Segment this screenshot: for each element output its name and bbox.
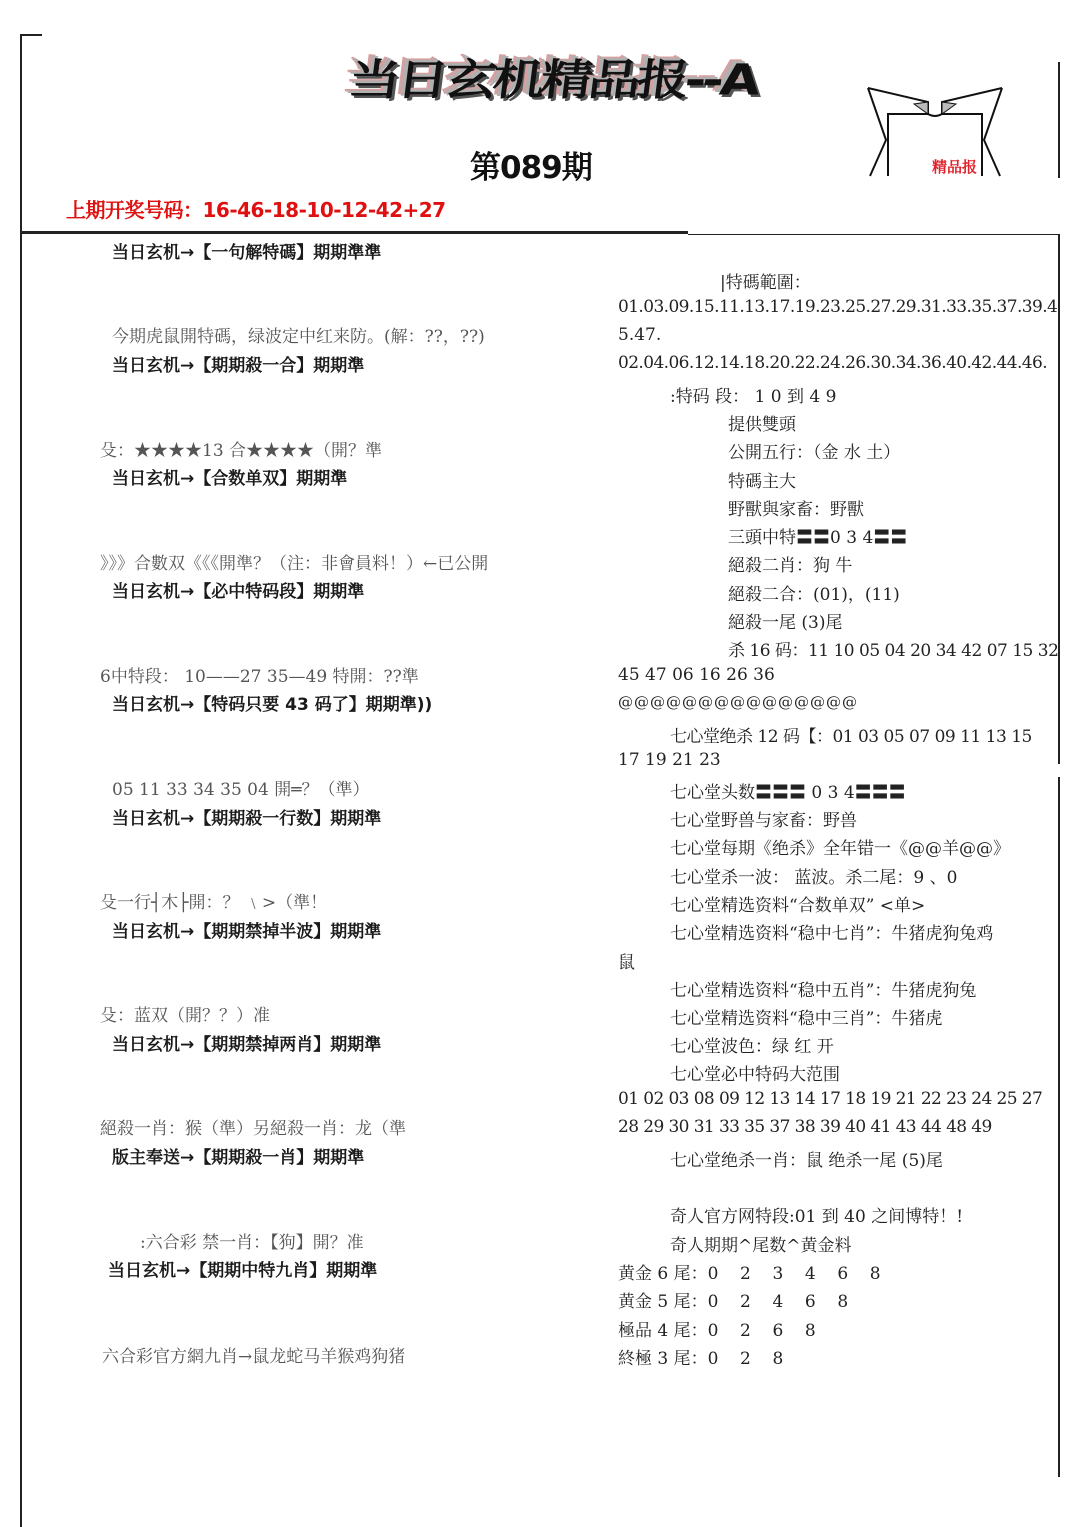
range-line: 01.03.09.15.11.13.17.19.23.25.27.29.31.3… <box>618 297 1057 317</box>
tail-values: 0 2 4 6 8 <box>708 1292 849 1312</box>
big-range-line: 28 29 30 31 33 35 37 38 39 40 41 43 44 4… <box>618 1117 992 1137</box>
section-hint: 6中特段： 10——27 35—49 特開：??準 <box>100 662 419 687</box>
section-hint: 05 11 33 34 35 04 開═？（準） <box>112 775 369 800</box>
section-hint: :六合彩 禁一肖：【狗】開？准 <box>140 1228 364 1253</box>
range-line: 5.47. <box>618 325 661 345</box>
banner-title: 当日玄机精品报--A <box>346 56 872 105</box>
info-item: 絕殺二合：(01)，(11) <box>728 580 900 605</box>
info-item: 七心堂精选资料“稳中三肖”：牛猪虎 <box>670 1004 942 1029</box>
info-item: 七心堂每期《绝杀》全年错一《@@羊@@》 <box>670 834 1010 859</box>
left-footer: 六合彩官方網九肖→鼠龙蛇马羊猴鸡狗猪 <box>102 1342 405 1367</box>
info-item: 七心堂头数〓〓〓 0 3 4〓〓〓 <box>670 778 906 803</box>
section-title: 版主奉送→【期期殺一肖】期期準 <box>112 1143 364 1168</box>
info-item: 絕殺一尾 (3)尾 <box>728 608 842 633</box>
range-title: |特碼範圍： <box>720 268 811 293</box>
right-border-lower <box>1058 777 1060 1477</box>
info-item: 七心堂波色：绿 红 开 <box>670 1032 834 1057</box>
tail-label: 黄金 5 尾： <box>618 1292 708 1312</box>
info-item: 七心堂必中特码大范围 <box>670 1060 840 1085</box>
section-hint: 殳：★★★★13 合★★★★（開？準 <box>100 436 382 461</box>
tail-values: 0 2 6 8 <box>708 1321 816 1341</box>
issue-number: 第089期 <box>470 142 592 187</box>
tail-row: 終極 3 尾：0 2 8 <box>618 1344 783 1369</box>
qiren-segment: 奇人官方网特段:01 到 40 之间博特！! <box>670 1202 963 1227</box>
section-hint: 殳一行┤木├開：？ ﹨>（準！ <box>100 888 327 913</box>
logo-label: 精品报 <box>932 156 977 177</box>
section-title: 当日玄机→【必中特码段】期期準 <box>112 577 364 602</box>
section-title: 当日玄机→【期期中特九肖】期期準 <box>108 1256 377 1281</box>
separator-at-line: @@@@@@@@@@@@@@@ <box>618 693 858 711</box>
section-hint: 》》》合數双《《《開準？（注：非會員料！）←已公開 <box>100 549 488 574</box>
header-divider-thin <box>688 234 1060 235</box>
range-line: 02.04.06.12.14.18.20.22.24.26.30.34.36.4… <box>618 353 1047 373</box>
tail-row: 極品 4 尾：0 2 6 8 <box>618 1316 816 1341</box>
info-item: 三頭中特〓〓0 3 4〓〓 <box>728 523 907 548</box>
right-border-top <box>1058 62 1060 178</box>
header-divider-thick <box>20 231 688 234</box>
section-hint: 今期虎鼠開特碼，绿波定中红来防。(解：??，??) <box>112 322 485 347</box>
tail-row: 黄金 5 尾：0 2 4 6 8 <box>618 1287 848 1312</box>
info-item: 七心堂精选资料“稳中五肖”：牛猪虎狗兔 <box>670 976 976 1001</box>
info-item: 七心堂绝杀 12 码【：01 03 05 07 09 11 13 15 <box>670 722 1032 747</box>
last-draw: 上期开奖号码：16-46-18-10-12-42+27 <box>66 194 446 223</box>
info-item: 特碼主大 <box>728 467 796 492</box>
section-title: 当日玄机→【特码只要 43 码了】期期準)) <box>112 690 432 715</box>
info-item: 七心堂杀一波： 蓝波。杀二尾：9 、0 <box>670 863 957 888</box>
section-title: 当日玄机→【期期殺一合】期期準 <box>112 351 364 376</box>
left-border <box>20 34 22 1527</box>
big-range-line: 01 02 03 08 09 12 13 14 17 18 19 21 22 2… <box>618 1089 1042 1109</box>
section-title: 当日玄机→【期期禁掉半波】期期準 <box>112 917 381 942</box>
tail-values: 0 2 3 4 6 8 <box>708 1264 881 1284</box>
qiren-title: 奇人期期^尾数^黄金料 <box>670 1231 852 1256</box>
tail-label: 黄金 6 尾： <box>618 1264 708 1284</box>
corner-top-mark <box>20 34 42 36</box>
info-item-cont: 45 47 06 16 26 36 <box>618 665 775 685</box>
info-item: 野獸與家畜：野獸 <box>728 495 864 520</box>
info-item: 提供雙頭 <box>728 410 796 435</box>
section-title: 当日玄机→【期期殺一行数】期期準 <box>112 804 381 829</box>
last-draw-label: 上期开奖号码： <box>66 198 203 222</box>
info-item: 絕殺二肖：狗 牛 <box>728 551 852 576</box>
section-hint: 絕殺一肖：猴（準）另絕殺一肖：龙（準 <box>100 1114 406 1139</box>
tail-values: 0 2 8 <box>708 1349 784 1369</box>
section-title: 当日玄机→【一句解特碼】期期準準 <box>112 238 381 263</box>
section-hint: 殳：蓝双（開？？）准 <box>100 1001 270 1026</box>
info-item: 七心堂绝杀一肖：鼠 绝杀一尾 (5)尾 <box>670 1146 943 1171</box>
info-item-cont: 鼠 <box>618 948 635 973</box>
info-item: 公開五行：（金 水 土） <box>728 438 900 463</box>
right-border <box>1058 234 1060 764</box>
info-item: 七心堂精选资料“稳中七肖”：牛猪虎狗兔鸡 <box>670 919 993 944</box>
info-item-cont: 17 19 21 23 <box>618 750 721 770</box>
segment-line: :特码 段： 1 0 到 4 9 <box>670 382 836 407</box>
tail-row: 黄金 6 尾：0 2 3 4 6 8 <box>618 1259 881 1284</box>
last-draw-numbers: 16-46-18-10-12-42+27 <box>203 198 446 222</box>
tail-label: 終極 3 尾： <box>618 1349 708 1369</box>
tail-label: 極品 4 尾： <box>618 1321 708 1341</box>
info-item: 七心堂精选资料“合数单双” <单> <box>670 891 925 916</box>
section-title: 当日玄机→【合数单双】期期準 <box>112 464 347 489</box>
section-title: 当日玄机→【期期禁掉两肖】期期準 <box>112 1030 381 1055</box>
info-item: 七心堂野兽与家畜：野兽 <box>670 806 857 831</box>
info-item: 杀 16 码：11 10 05 04 20 34 42 07 15 32 <box>728 636 1058 661</box>
